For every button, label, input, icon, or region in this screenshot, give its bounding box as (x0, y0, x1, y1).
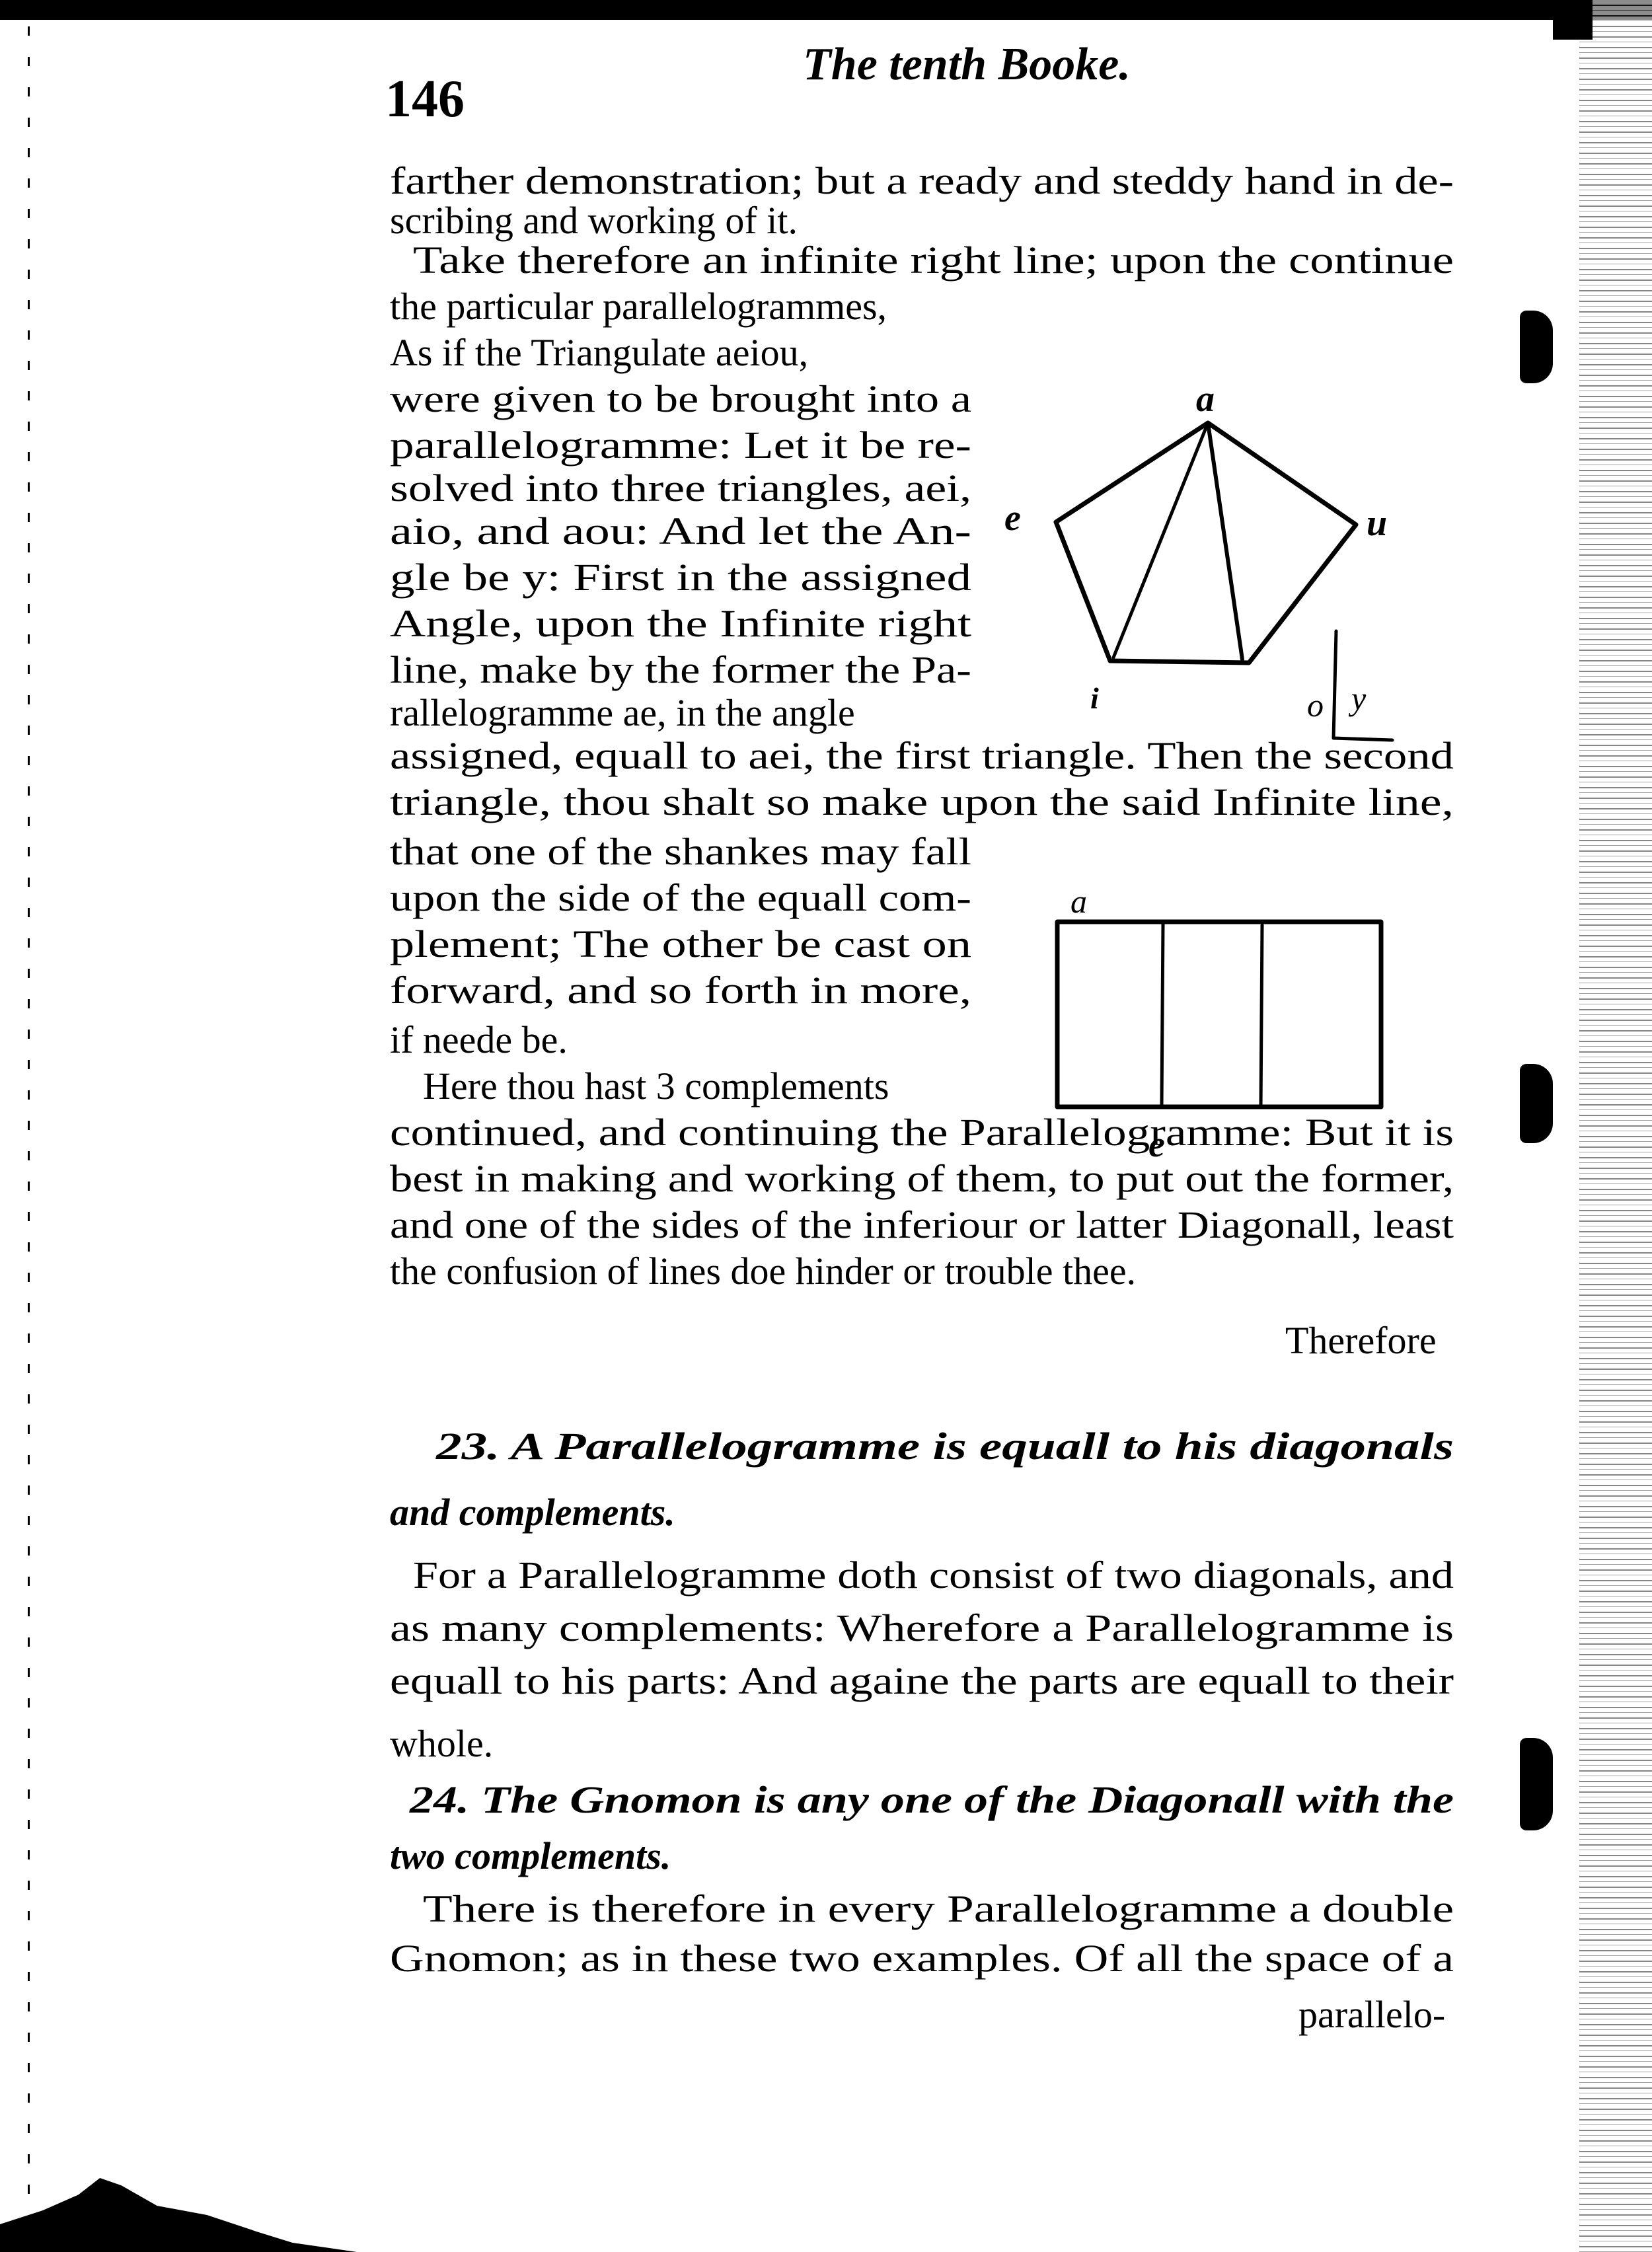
vertex-label-i: i (1090, 681, 1099, 716)
vertex-label-u: u (1367, 502, 1387, 544)
pentagon-figure (0, 0, 1652, 2252)
complement-divider-1 (1162, 924, 1163, 1105)
angle-label-y: y (1351, 679, 1366, 718)
diagonal-ai (1113, 423, 1208, 657)
vertex-label-a: a (1196, 378, 1215, 420)
rect-label-a: a (1070, 882, 1087, 920)
pentagon-outline (1056, 423, 1356, 663)
diagonal-ao (1208, 423, 1242, 659)
parallelogramme-rect (1057, 922, 1381, 1107)
vertex-label-o: o (1307, 686, 1324, 724)
vertex-label-e: e (1004, 497, 1021, 539)
rect-label-e: e (1148, 1123, 1165, 1166)
complement-divider-2 (1261, 925, 1262, 1106)
